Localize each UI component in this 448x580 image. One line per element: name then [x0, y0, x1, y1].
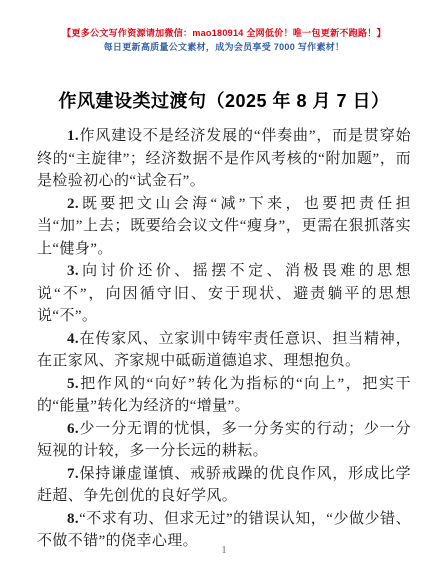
- paragraph-7-text: 保持谦虚谨慎、戒骄戒躁的优良作风，形成比学赶超、争先创优的良好学风。: [37, 466, 411, 505]
- paragraph-5-number: 5.: [67, 376, 79, 392]
- paragraph-2: 2.既要把文山会海“减”下来，也要把责任担当“加”上去；既要给会议文件“瘦身”，…: [37, 193, 411, 261]
- page-number: 1: [0, 545, 448, 556]
- paragraph-2-number: 2.: [67, 196, 79, 212]
- paragraph-6-text: 少一分无谓的忧惧，多一分务实的行动；少一分短视的计较，多一分长远的耕耘。: [37, 421, 411, 460]
- paragraph-2-text: 既要把文山会海“减”下来，也要把责任担当“加”上去；既要给会议文件“瘦身”，更需…: [37, 196, 411, 257]
- paragraph-4: 4.在传家风、立家训中铸牢责任意识、担当精神，在正家风、齐家规中砥砺道德追求、理…: [37, 328, 411, 373]
- paragraph-4-number: 4.: [67, 331, 79, 347]
- ad-banner-line2: 每日更新高质量公文素材，成为会员享受 7000 写作素材！: [0, 40, 448, 54]
- document-body: 1.作风建设不是经济发展的“伴奏曲”，而是贯穿始终的“主旋律”；经济数据不是作风…: [37, 125, 411, 553]
- document-title: 作风建设类过渡句（2025 年 8 月 7 日）: [0, 87, 448, 113]
- document-page: 【更多公文写作资源请加微信：mao180914 全网低价！唯一包更新不跑路！】 …: [0, 0, 448, 580]
- ad-banner-line1: 【更多公文写作资源请加微信：mao180914 全网低价！唯一包更新不跑路！】: [0, 26, 448, 40]
- ad-banner: 【更多公文写作资源请加微信：mao180914 全网低价！唯一包更新不跑路！】 …: [0, 0, 448, 54]
- paragraph-5-text: 把作风的“向好”转化为指标的“向上”，把实干的“能量”转化为经济的“增量”。: [37, 376, 411, 415]
- paragraph-1-number: 1.: [67, 128, 79, 144]
- paragraph-7: 7.保持谦虚谨慎、戒骄戒躁的优良作风，形成比学赶超、争先创优的良好学风。: [37, 463, 411, 508]
- paragraph-6-number: 6.: [67, 421, 79, 437]
- paragraph-4-text: 在传家风、立家训中铸牢责任意识、担当精神，在正家风、齐家规中砥砺道德追求、理想抱…: [37, 331, 411, 370]
- paragraph-3: 3.向讨价还价、摇摆不定、消极畏难的思想说“不”，向因循守旧、安于现状、避责躺平…: [37, 260, 411, 328]
- paragraph-7-number: 7.: [67, 466, 79, 482]
- paragraph-8-number: 8.: [67, 511, 79, 527]
- paragraph-5: 5.把作风的“向好”转化为指标的“向上”，把实干的“能量”转化为经济的“增量”。: [37, 373, 411, 418]
- paragraph-8-text: “不求有功、但求无过”的错误认知，“少做少错、不做不错”的侥幸心理。: [37, 511, 411, 550]
- paragraph-1: 1.作风建设不是经济发展的“伴奏曲”，而是贯穿始终的“主旋律”；经济数据不是作风…: [37, 125, 411, 193]
- paragraph-6: 6.少一分无谓的忧惧，多一分务实的行动；少一分短视的计较，多一分长远的耕耘。: [37, 418, 411, 463]
- paragraph-3-text: 向讨价还价、摇摆不定、消极畏难的思想说“不”，向因循守旧、安于现状、避责躺平的思…: [37, 263, 411, 324]
- paragraph-3-number: 3.: [67, 263, 79, 279]
- paragraph-1-text: 作风建设不是经济发展的“伴奏曲”，而是贯穿始终的“主旋律”；经济数据不是作风考核…: [37, 128, 411, 189]
